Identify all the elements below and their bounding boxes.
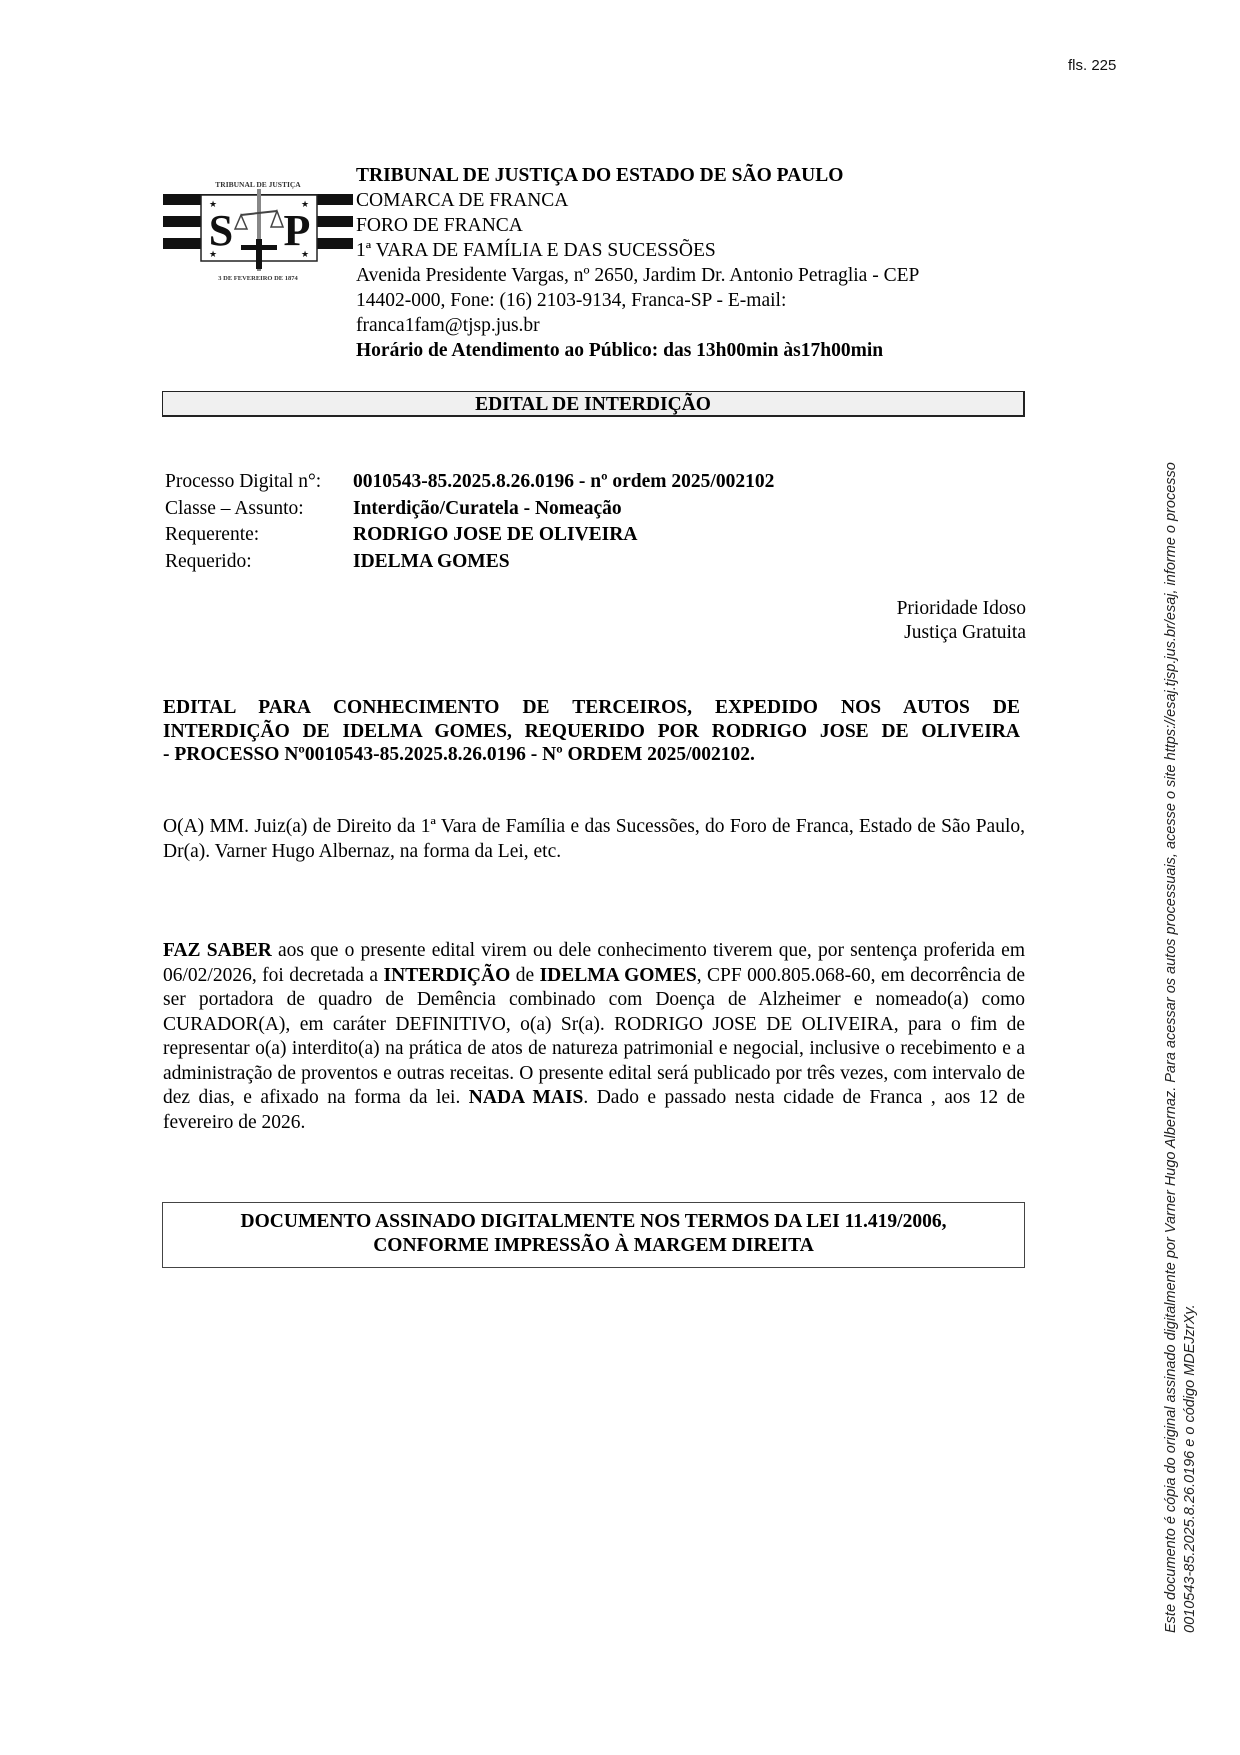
- flag-free-justice: Justiça Gratuita: [897, 621, 1026, 645]
- case-number-label: Processo Digital n°:: [165, 469, 353, 496]
- faz-saber: FAZ SABER: [163, 940, 272, 961]
- intro-paragraph: O(A) MM. Juiz(a) de Direito da 1ª Vara d…: [163, 815, 1025, 864]
- logo-letter-s: S: [209, 206, 233, 255]
- page-number: fls. 225: [1068, 57, 1116, 74]
- address-line-1: Avenida Presidente Vargas, nº 2650, Jard…: [356, 263, 986, 288]
- side-text: Este documento é cópia do original assin…: [1163, 760, 1179, 1633]
- side-margin-line-2: 0010543-85.2025.8.26.0196 e o código MDE…: [1181, 293, 1200, 1633]
- court-email: franca1fam@tjsp.jus.br: [356, 313, 986, 338]
- case-class-value: Interdição/Curatela - Nomeação: [353, 496, 622, 523]
- case-flags: Prioridade Idoso Justiça Gratuita: [897, 597, 1026, 645]
- svg-text:★: ★: [301, 249, 309, 259]
- document-title: EDITAL DE INTERDIÇÃO: [162, 391, 1025, 417]
- edital-heading-line: INTERDIÇÃO DE IDELMA GOMES, REQUERIDO PO…: [163, 720, 1020, 744]
- address-line-2: 14402-000, Fone: (16) 2103-9134, Franca-…: [356, 288, 986, 313]
- tjsp-logo: TRIBUNAL DE JUSTIÇA S P ★ ★ ★ ★ 3 DE FEV…: [163, 149, 353, 283]
- comarca: COMARCA DE FRANCA: [356, 188, 986, 213]
- edital-heading-line: EDITAL PARA CONHECIMENTO DE TERCEIROS, E…: [163, 696, 1020, 720]
- logo-letter-p: P: [284, 206, 311, 255]
- edital-heading: EDITAL PARA CONHECIMENTO DE TERCEIROS, E…: [163, 696, 1020, 767]
- respondent-label: Requerido:: [165, 549, 353, 576]
- case-info-row: Processo Digital n°: 0010543-85.2025.8.2…: [165, 469, 774, 496]
- signature-line-1: DOCUMENTO ASSINADO DIGITALMENTE NOS TERM…: [163, 1210, 1024, 1234]
- case-info-row: Requerido: IDELMA GOMES: [165, 549, 774, 576]
- case-class-label: Classe – Assunto:: [165, 496, 353, 523]
- office-hours: Horário de Atendimento ao Público: das 1…: [356, 338, 986, 363]
- foro: FORO DE FRANCA: [356, 213, 986, 238]
- applicant-value: RODRIGO JOSE DE OLIVEIRA: [353, 522, 637, 549]
- flag-priority: Prioridade Idoso: [897, 597, 1026, 621]
- side-margin-notice: Este documento é cópia do original assin…: [1162, 293, 1200, 1633]
- side-margin-line-1: Este documento é cópia do original assin…: [1162, 293, 1181, 1633]
- digital-signature-notice: DOCUMENTO ASSINADO DIGITALMENTE NOS TERM…: [162, 1202, 1025, 1268]
- case-info-row: Classe – Assunto: Interdição/Curatela - …: [165, 496, 774, 523]
- logo-top-text: TRIBUNAL DE JUSTIÇA: [215, 180, 301, 189]
- case-number-value: 0010543-85.2025.8.26.0196 - nº ordem 202…: [353, 469, 774, 496]
- side-text: , informe o processo: [1163, 462, 1179, 593]
- esaj-link[interactable]: https://esaj.tjsp.jus.br/esaj: [1163, 594, 1179, 761]
- nada-mais: NADA MAIS: [469, 1087, 584, 1108]
- respondent-value: IDELMA GOMES: [353, 549, 510, 576]
- interdicao-bold: INTERDIÇÃO: [383, 965, 510, 986]
- case-info-row: Requerente: RODRIGO JOSE DE OLIVEIRA: [165, 522, 774, 549]
- court-name: TRIBUNAL DE JUSTIÇA DO ESTADO DE SÃO PAU…: [356, 163, 986, 188]
- vara: 1ª VARA DE FAMÍLIA E DAS SUCESSÕES: [356, 238, 986, 263]
- svg-text:★: ★: [209, 249, 217, 259]
- svg-text:★: ★: [301, 199, 309, 209]
- logo-bottom-text: 3 DE FEVEREIRO DE 1874: [218, 275, 298, 282]
- case-info: Processo Digital n°: 0010543-85.2025.8.2…: [165, 469, 774, 575]
- court-header: TRIBUNAL DE JUSTIÇA DO ESTADO DE SÃO PAU…: [356, 163, 986, 363]
- paragraph-text: de: [510, 965, 539, 986]
- signature-line-2: CONFORME IMPRESSÃO À MARGEM DIREITA: [163, 1234, 1024, 1258]
- edital-heading-line: - PROCESSO Nº0010543-85.2025.8.26.0196 -…: [163, 743, 1020, 767]
- applicant-label: Requerente:: [165, 522, 353, 549]
- main-paragraph: FAZ SABER aos que o presente edital vire…: [163, 939, 1025, 1135]
- interdicted-name: IDELMA GOMES: [540, 965, 697, 986]
- svg-text:★: ★: [209, 199, 217, 209]
